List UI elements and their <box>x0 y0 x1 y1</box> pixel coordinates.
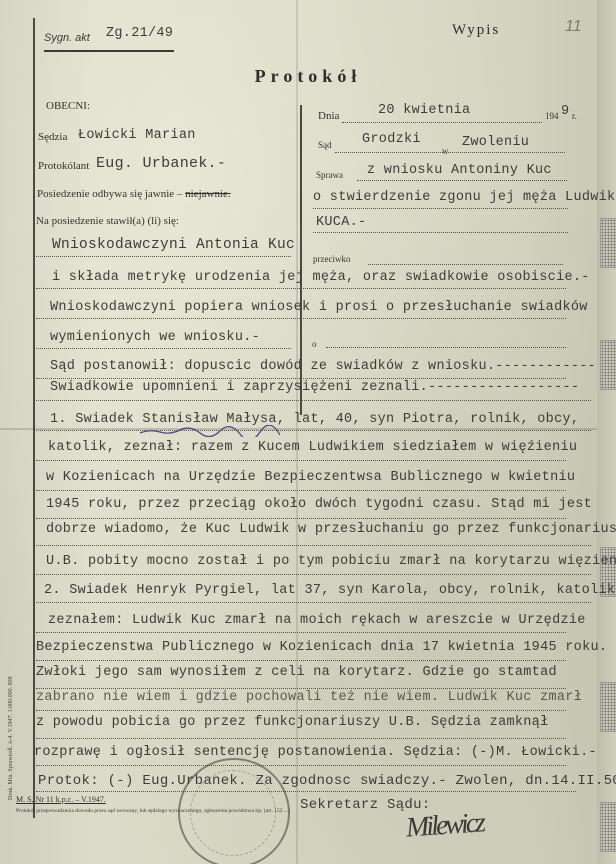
court-value: Grodzki <box>362 132 421 147</box>
body-line: dobrze wiadomo, że Kuc Ludwik w przesłuc… <box>46 522 616 537</box>
body-line: z powodu pobicia go przez funkcjonariusz… <box>36 715 548 730</box>
margin-rule <box>33 18 35 818</box>
case-line-3: KUCA.- <box>316 215 366 230</box>
body-line: zeznałem: Ludwik Kuc zmarł na moich ręka… <box>48 613 586 628</box>
body-line: Bezpieczenstwa Publicznego w Kozienicach… <box>36 640 607 655</box>
case-matter-label: Sprawa <box>316 170 343 180</box>
court-place: Zwoleniu <box>462 135 529 150</box>
body-line: 2. Swiadek Henryk Pyrgiel, lat 37, syn K… <box>44 583 616 598</box>
line-rule <box>36 430 591 431</box>
line-rule <box>36 490 566 491</box>
printer-note: Druk. Min. Sprawiedl. A-4. V.1947. 1.000… <box>8 600 14 800</box>
binding-patch <box>600 218 616 268</box>
ink-underline <box>140 425 280 437</box>
line-rule <box>36 660 566 661</box>
line-rule <box>36 545 591 546</box>
binding-patch <box>600 340 616 390</box>
court-in: w <box>442 146 449 156</box>
date-dotline <box>342 122 542 123</box>
body-line-struck: zabrano nie wiem i gdzie pochowali też n… <box>36 690 582 705</box>
document-type-stamp: Wypis <box>452 22 500 39</box>
body-line: Wnioskodawczyni Antonia Kuc <box>52 237 295 253</box>
page-number: 11 <box>565 18 582 36</box>
body-line: w Kozienicach na Urzędzie Bezpieczentwsa… <box>46 470 575 485</box>
official-seal-inner <box>190 770 276 856</box>
case-dotline-3 <box>313 232 568 233</box>
body-line: 1945 roku, przez przeciąg około dwóch ty… <box>46 497 592 512</box>
court-dotline <box>335 152 565 153</box>
line-rule <box>36 518 566 519</box>
line-rule <box>36 378 566 379</box>
body-line: Protok: (-) Eug.Urbanek. Za zgodnosc swi… <box>38 773 616 789</box>
case-label: Sygn. akt <box>44 32 90 44</box>
case-underline <box>44 50 174 52</box>
session-private-struck: niejawnie. <box>185 188 231 200</box>
against-label: przeciwko <box>313 254 350 264</box>
line-rule <box>36 460 566 461</box>
line-rule <box>36 765 566 766</box>
line-rule <box>36 791 576 792</box>
clerk-value: Eug. Urbanek.- <box>96 155 226 172</box>
line-rule <box>36 632 566 633</box>
session-label: Posiedzenie odbywa się jawnie – niejawni… <box>37 188 231 200</box>
year-digit: 9 <box>561 104 569 119</box>
judge-value: Łowicki Marian <box>78 128 196 143</box>
case-dotline-2 <box>313 208 568 209</box>
judge-label: Sędzia <box>38 131 67 143</box>
body-line: Wnioskodawczyni popiera wniosek i prosi … <box>50 300 588 315</box>
body-line: rozprawę i ogłosił sentencję postanowien… <box>34 745 597 760</box>
about-dotline <box>326 347 566 348</box>
document-title: Protokół <box>0 66 616 87</box>
paper-fold-vertical <box>296 0 298 864</box>
form-code: M. S. Nr 11 k.p.c. – V.1947. <box>16 795 106 804</box>
appeared-label: Na posiedzenie stawił(a) (li) się: <box>36 215 179 227</box>
against-dotline <box>368 264 563 265</box>
about-label: o <box>312 339 317 349</box>
year-prefix: 194 <box>545 111 559 121</box>
line-rule <box>36 602 591 603</box>
line-rule <box>36 318 566 319</box>
line-rule <box>36 688 566 689</box>
court-label: Sąd <box>318 140 332 150</box>
secretary-label: Sekretarz Sądu: <box>300 797 431 813</box>
line-rule <box>36 710 566 711</box>
year-suffix: r. <box>572 111 577 121</box>
case-dotline-1 <box>357 180 567 181</box>
line-rule <box>36 738 566 739</box>
body-line: 1. Swiadek Stanisław Małysa, lat, 40, sy… <box>50 412 579 427</box>
present-label: OBECNI: <box>46 100 90 112</box>
body-line: Swiadkowie upomnieni i zaprzysiężeni zez… <box>50 380 579 395</box>
body-line: Sąd postanowił: dopuscic dowód ze swiadk… <box>50 359 596 374</box>
line-rule <box>36 256 291 257</box>
line-rule <box>36 348 291 349</box>
line-rule <box>36 400 591 401</box>
session-public: Posiedzenie odbywa się jawnie – <box>37 188 182 200</box>
case-line-1: z wniosku Antoniny Kuc <box>367 163 552 178</box>
line-rule <box>36 574 591 575</box>
secretary-signature: Milewicz <box>405 807 484 844</box>
binding-patch <box>600 682 616 732</box>
body-line: wymienionych we wniosku.- <box>50 330 260 345</box>
line-rule <box>36 288 566 289</box>
date-label: Dnia <box>318 110 339 122</box>
paper-edge <box>597 0 616 864</box>
case-line-2: o stwierdzenie zgonu jej męża Ludwika <box>313 190 616 205</box>
clerk-label: Protokólant <box>38 160 89 172</box>
date-value: 20 kwietnia <box>378 103 470 118</box>
case-number: Zg.21/49 <box>106 26 173 41</box>
body-line: Zwłoki jego sam wynosiłem z celi na kory… <box>36 665 557 680</box>
binding-patch <box>600 802 616 852</box>
body-line: i składa metrykę urodzenia jej męża, ora… <box>52 270 590 285</box>
body-line: U.B. pobity mocno został i po tym pobici… <box>46 554 616 569</box>
body-line: katolik, zeznał: razem z Kucem Ludwikiem… <box>48 440 577 455</box>
